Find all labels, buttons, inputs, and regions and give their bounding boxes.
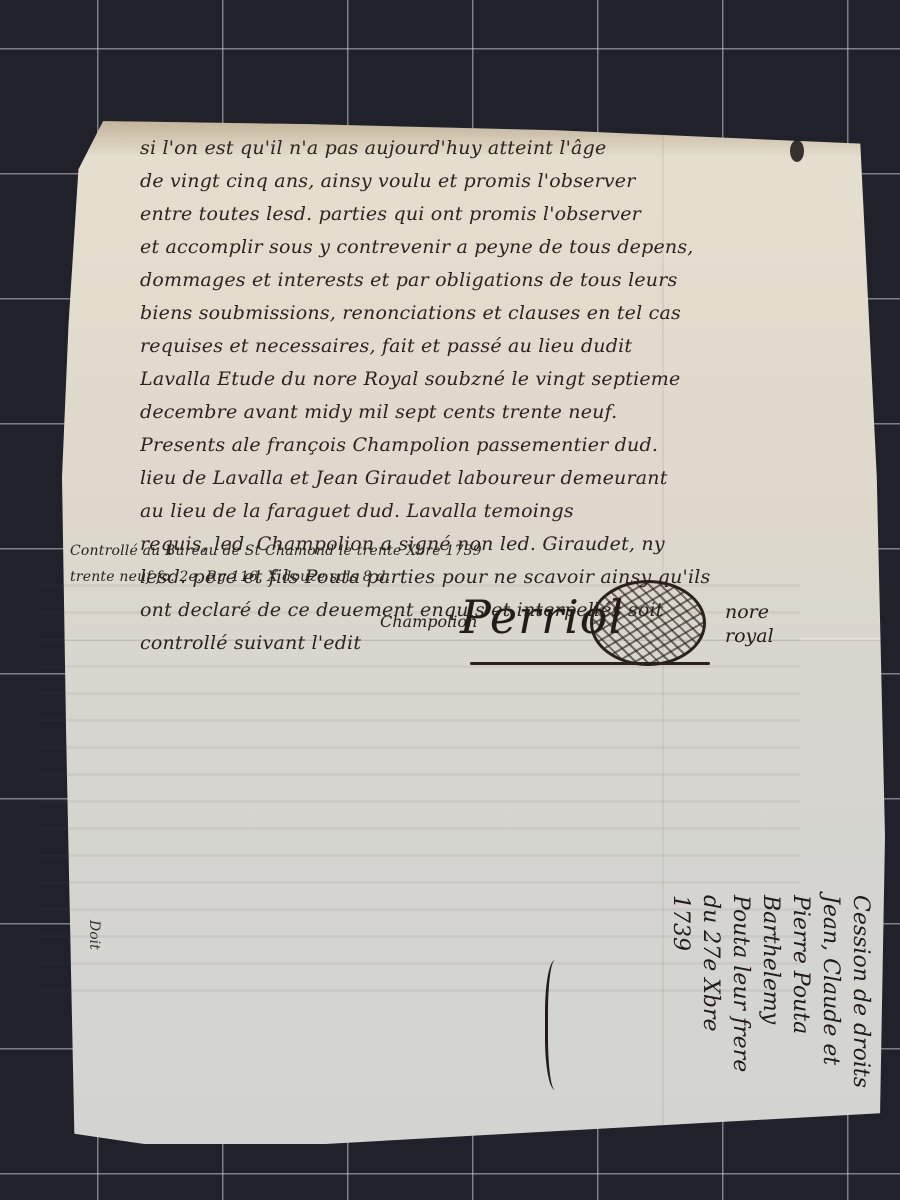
endorsement-line: du 27e Xbre [695, 895, 725, 1088]
endorsement-line: Jean, Claude et [815, 895, 845, 1088]
margin-note: Doit [86, 920, 102, 950]
body-line: Lavalla Etude du nore Royal soubzné le v… [140, 363, 860, 396]
notary-title: nore royal [725, 600, 774, 648]
body-line: dommages et interests et par obligations… [140, 264, 860, 297]
body-line: et accomplir sous y contrevenir a peyne … [140, 231, 860, 264]
endorsement-line: Pouta leur frere [725, 895, 755, 1088]
control-note-line: Controllé au Bureau de St Chamond le tre… [70, 538, 482, 564]
body-line: si l'on est qu'il n'a pas aujourd'huy at… [140, 132, 860, 165]
signature-underline [470, 662, 710, 665]
endorsement-line: 1739 [665, 895, 695, 1088]
docket-endorsement: Cession de droits Jean, Claude et Pierre… [575, 895, 875, 1125]
control-note-line: trente neuf fo. 2e. Rg 116. X douze sols… [70, 564, 482, 590]
body-line: au lieu de la faraguet dud. Lavalla temo… [140, 495, 860, 528]
body-line: de vingt cinq ans, ainsy voulu et promis… [140, 165, 860, 198]
notary-title-line: royal [725, 624, 774, 648]
endorsement-line: Pierre Pouta [785, 895, 815, 1088]
body-line: biens soubmissions, renonciations et cla… [140, 297, 860, 330]
body-line: Presents ale françois Champolion passeme… [140, 429, 860, 462]
registration-control-note: Controllé au Bureau de St Chamond le tre… [70, 538, 482, 590]
signature-flourish-paraph [590, 580, 706, 666]
body-line: entre toutes lesd. parties qui ont promi… [140, 198, 860, 231]
endorsement-line: Cession de droits [845, 895, 875, 1088]
endorsement-bracket [545, 960, 570, 1090]
body-line: requises et necessaires, fait et passé a… [140, 330, 860, 363]
notary-title-line: nore [725, 600, 774, 624]
body-line: decembre avant midy mil sept cents trent… [140, 396, 860, 429]
body-line: lieu de Lavalla et Jean Giraudet laboure… [140, 462, 860, 495]
endorsement-line: Barthelemy [755, 895, 785, 1088]
